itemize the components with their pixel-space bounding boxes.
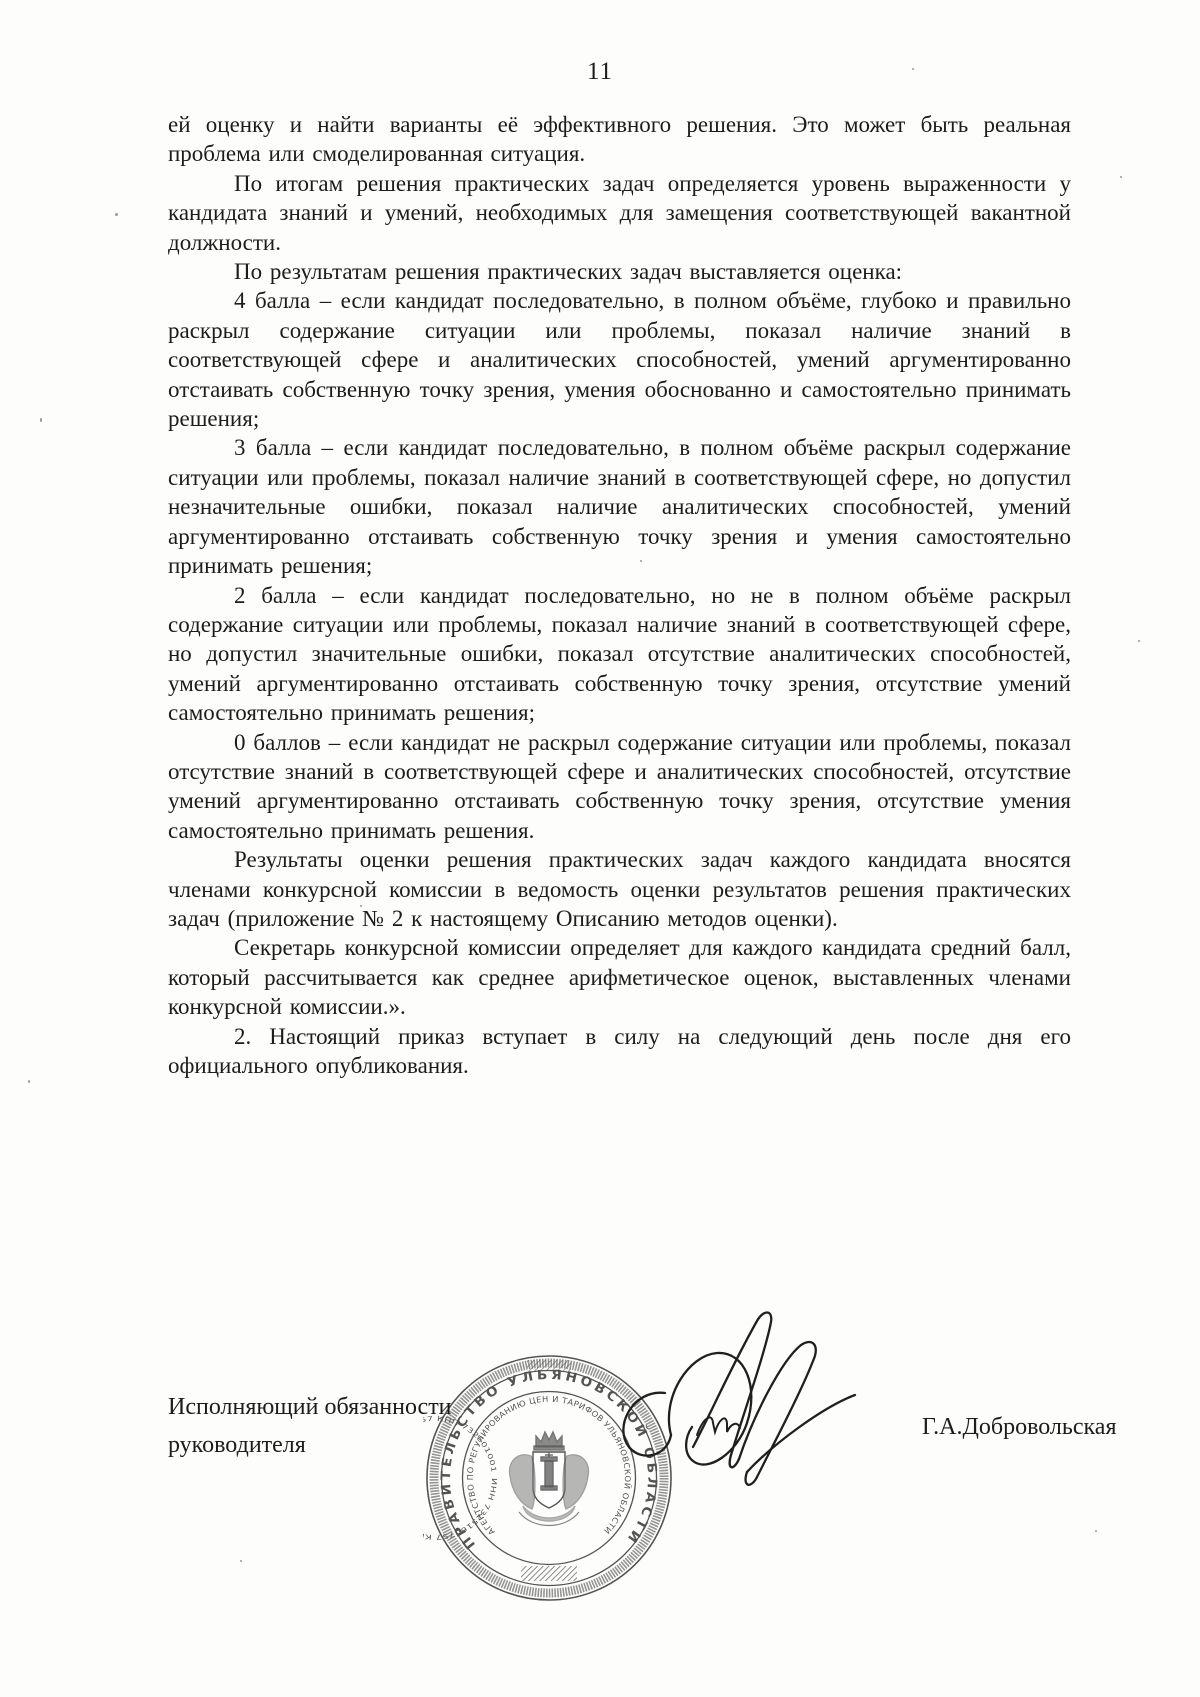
scan-speck	[912, 68, 914, 70]
scan-speck	[1095, 1530, 1097, 1532]
signature-stroke	[747, 1395, 855, 1472]
stamp-hatch-top	[527, 1360, 571, 1371]
scanned-document-page: 11 ей оценку и найти варианты её эффекти…	[0, 0, 1200, 1697]
paragraph: 2. Настоящий приказ вступает в силу на с…	[168, 1022, 1071, 1081]
scan-speck	[1138, 640, 1140, 642]
coat-of-arms	[510, 1432, 589, 1526]
signer-title-line2: руководителя	[168, 1426, 452, 1464]
paragraph: Секретарь конкурсной комиссии определяет…	[168, 933, 1071, 1021]
paragraph: ей оценку и найти варианты её эффективно…	[168, 110, 1071, 169]
signature-stroke	[623, 1393, 671, 1456]
handwritten-signature	[605, 1295, 867, 1500]
stamp-hatch-bottom	[521, 1566, 577, 1581]
paragraph: 0 баллов – если кандидат не раскрыл соде…	[168, 728, 1071, 846]
scan-speck	[640, 560, 642, 562]
scan-speck	[360, 905, 362, 907]
signature-stroke	[669, 1353, 751, 1465]
paragraph: По результатам решения практических зада…	[168, 257, 1071, 286]
scan-speck	[115, 213, 118, 216]
signer-title: Исполняющий обязанности руководителя	[168, 1388, 452, 1464]
scan-speck	[28, 1080, 30, 1083]
scan-speck	[240, 1560, 242, 1562]
signer-name: Г.А.Добровольская	[922, 1414, 1117, 1441]
paragraph: 2 балла – если кандидат последовательно,…	[168, 581, 1071, 728]
document-text-block: ей оценку и найти варианты её эффективно…	[168, 110, 1071, 1080]
paragraph: Результаты оценки решения практических з…	[168, 845, 1071, 933]
paragraph: 4 балла – если кандидат последовательно,…	[168, 286, 1071, 433]
page-number: 11	[0, 58, 1200, 86]
paragraph: 3 балла – если кандидат последовательно,…	[168, 433, 1071, 580]
paragraph: По итогам решения практических задач опр…	[168, 169, 1071, 257]
scan-speck	[40, 418, 42, 422]
signer-title-line1: Исполняющий обязанности	[168, 1388, 452, 1426]
signature-stroke	[693, 1313, 771, 1468]
scan-speck	[1120, 176, 1122, 178]
